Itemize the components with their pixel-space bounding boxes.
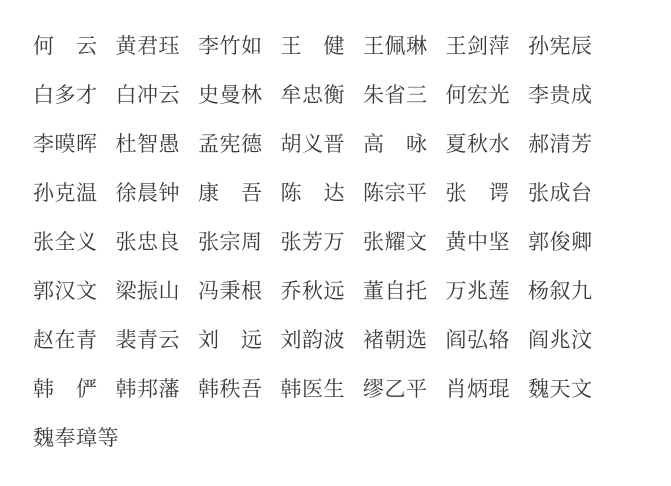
name-row: 赵在青裴青云刘 远刘韵波褚朝选阎弘辂阎兆汶 [33,316,671,365]
name-row: 魏奉璋等 [33,414,671,463]
person-name: 李竹如 [198,36,281,57]
person-name: 朱省三 [363,85,446,106]
person-name: 刘韵波 [281,330,364,351]
person-name: 徐晨钟 [116,183,199,204]
person-name: 王 健 [281,36,364,57]
person-name: 康 吾 [198,183,281,204]
person-name: 白多才 [33,85,116,106]
person-name: 胡义晋 [281,134,364,155]
person-name: 张 谔 [446,183,529,204]
name-row: 李暯晖杜智愚孟宪德胡义晋高 咏夏秋水郝清芳 [33,120,671,169]
person-name: 史曼林 [198,85,281,106]
person-name: 郝清芳 [528,134,611,155]
person-name: 王佩琳 [363,36,446,57]
person-name: 何宏光 [446,85,529,106]
person-name: 张宗周 [198,232,281,253]
person-name: 冯秉根 [198,281,281,302]
person-name: 梁振山 [116,281,199,302]
person-name: 赵在青 [33,330,116,351]
person-name: 韩 俨 [33,379,116,400]
person-name: 何 云 [33,36,116,57]
name-row: 韩 俨韩邦藩韩秩吾韩医生缪乙平肖炳琨魏天文 [33,365,671,414]
person-name: 张全义 [33,232,116,253]
person-name: 韩邦藩 [116,379,199,400]
person-name: 李暯晖 [33,134,116,155]
person-name: 韩秩吾 [198,379,281,400]
person-name: 张耀文 [363,232,446,253]
name-row: 何 云黄君珏李竹如王 健王佩琳王剑萍孙宪辰 [33,22,671,71]
person-name: 魏天文 [528,379,611,400]
person-name: 孙宪辰 [528,36,611,57]
person-name: 黄中坚 [446,232,529,253]
person-name: 张成台 [528,183,611,204]
person-name: 白冲云 [116,85,199,106]
person-name: 刘 远 [198,330,281,351]
person-name: 乔秋远 [281,281,364,302]
person-name: 张忠良 [116,232,199,253]
scanned-name-list-page: 何 云黄君珏李竹如王 健王佩琳王剑萍孙宪辰白多才白冲云史曼林牟忠衡朱省三何宏光李… [0,0,671,486]
person-name: 杨叙九 [528,281,611,302]
person-name: 孙克温 [33,183,116,204]
person-name: 杜智愚 [116,134,199,155]
name-row: 白多才白冲云史曼林牟忠衡朱省三何宏光李贵成 [33,71,671,120]
name-row: 郭汉文梁振山冯秉根乔秋远董自托万兆莲杨叙九 [33,267,671,316]
person-name: 董自托 [363,281,446,302]
name-grid: 何 云黄君珏李竹如王 健王佩琳王剑萍孙宪辰白多才白冲云史曼林牟忠衡朱省三何宏光李… [33,22,671,463]
person-name: 魏奉璋等 [33,428,119,449]
person-name: 高 咏 [363,134,446,155]
person-name: 郭汉文 [33,281,116,302]
person-name: 郭俊卿 [528,232,611,253]
person-name: 阎弘辂 [446,330,529,351]
person-name: 肖炳琨 [446,379,529,400]
person-name: 李贵成 [528,85,611,106]
person-name: 王剑萍 [446,36,529,57]
person-name: 万兆莲 [446,281,529,302]
name-row: 孙克温徐晨钟康 吾陈 达陈宗平张 谔张成台 [33,169,671,218]
person-name: 陈 达 [281,183,364,204]
person-name: 韩医生 [281,379,364,400]
person-name: 裴青云 [116,330,199,351]
person-name: 褚朝选 [363,330,446,351]
person-name: 夏秋水 [446,134,529,155]
name-row: 张全义张忠良张宗周张芳万张耀文黄中坚郭俊卿 [33,218,671,267]
person-name: 陈宗平 [363,183,446,204]
person-name: 黄君珏 [116,36,199,57]
person-name: 张芳万 [281,232,364,253]
person-name: 缪乙平 [363,379,446,400]
person-name: 牟忠衡 [281,85,364,106]
person-name: 阎兆汶 [528,330,611,351]
person-name: 孟宪德 [198,134,281,155]
